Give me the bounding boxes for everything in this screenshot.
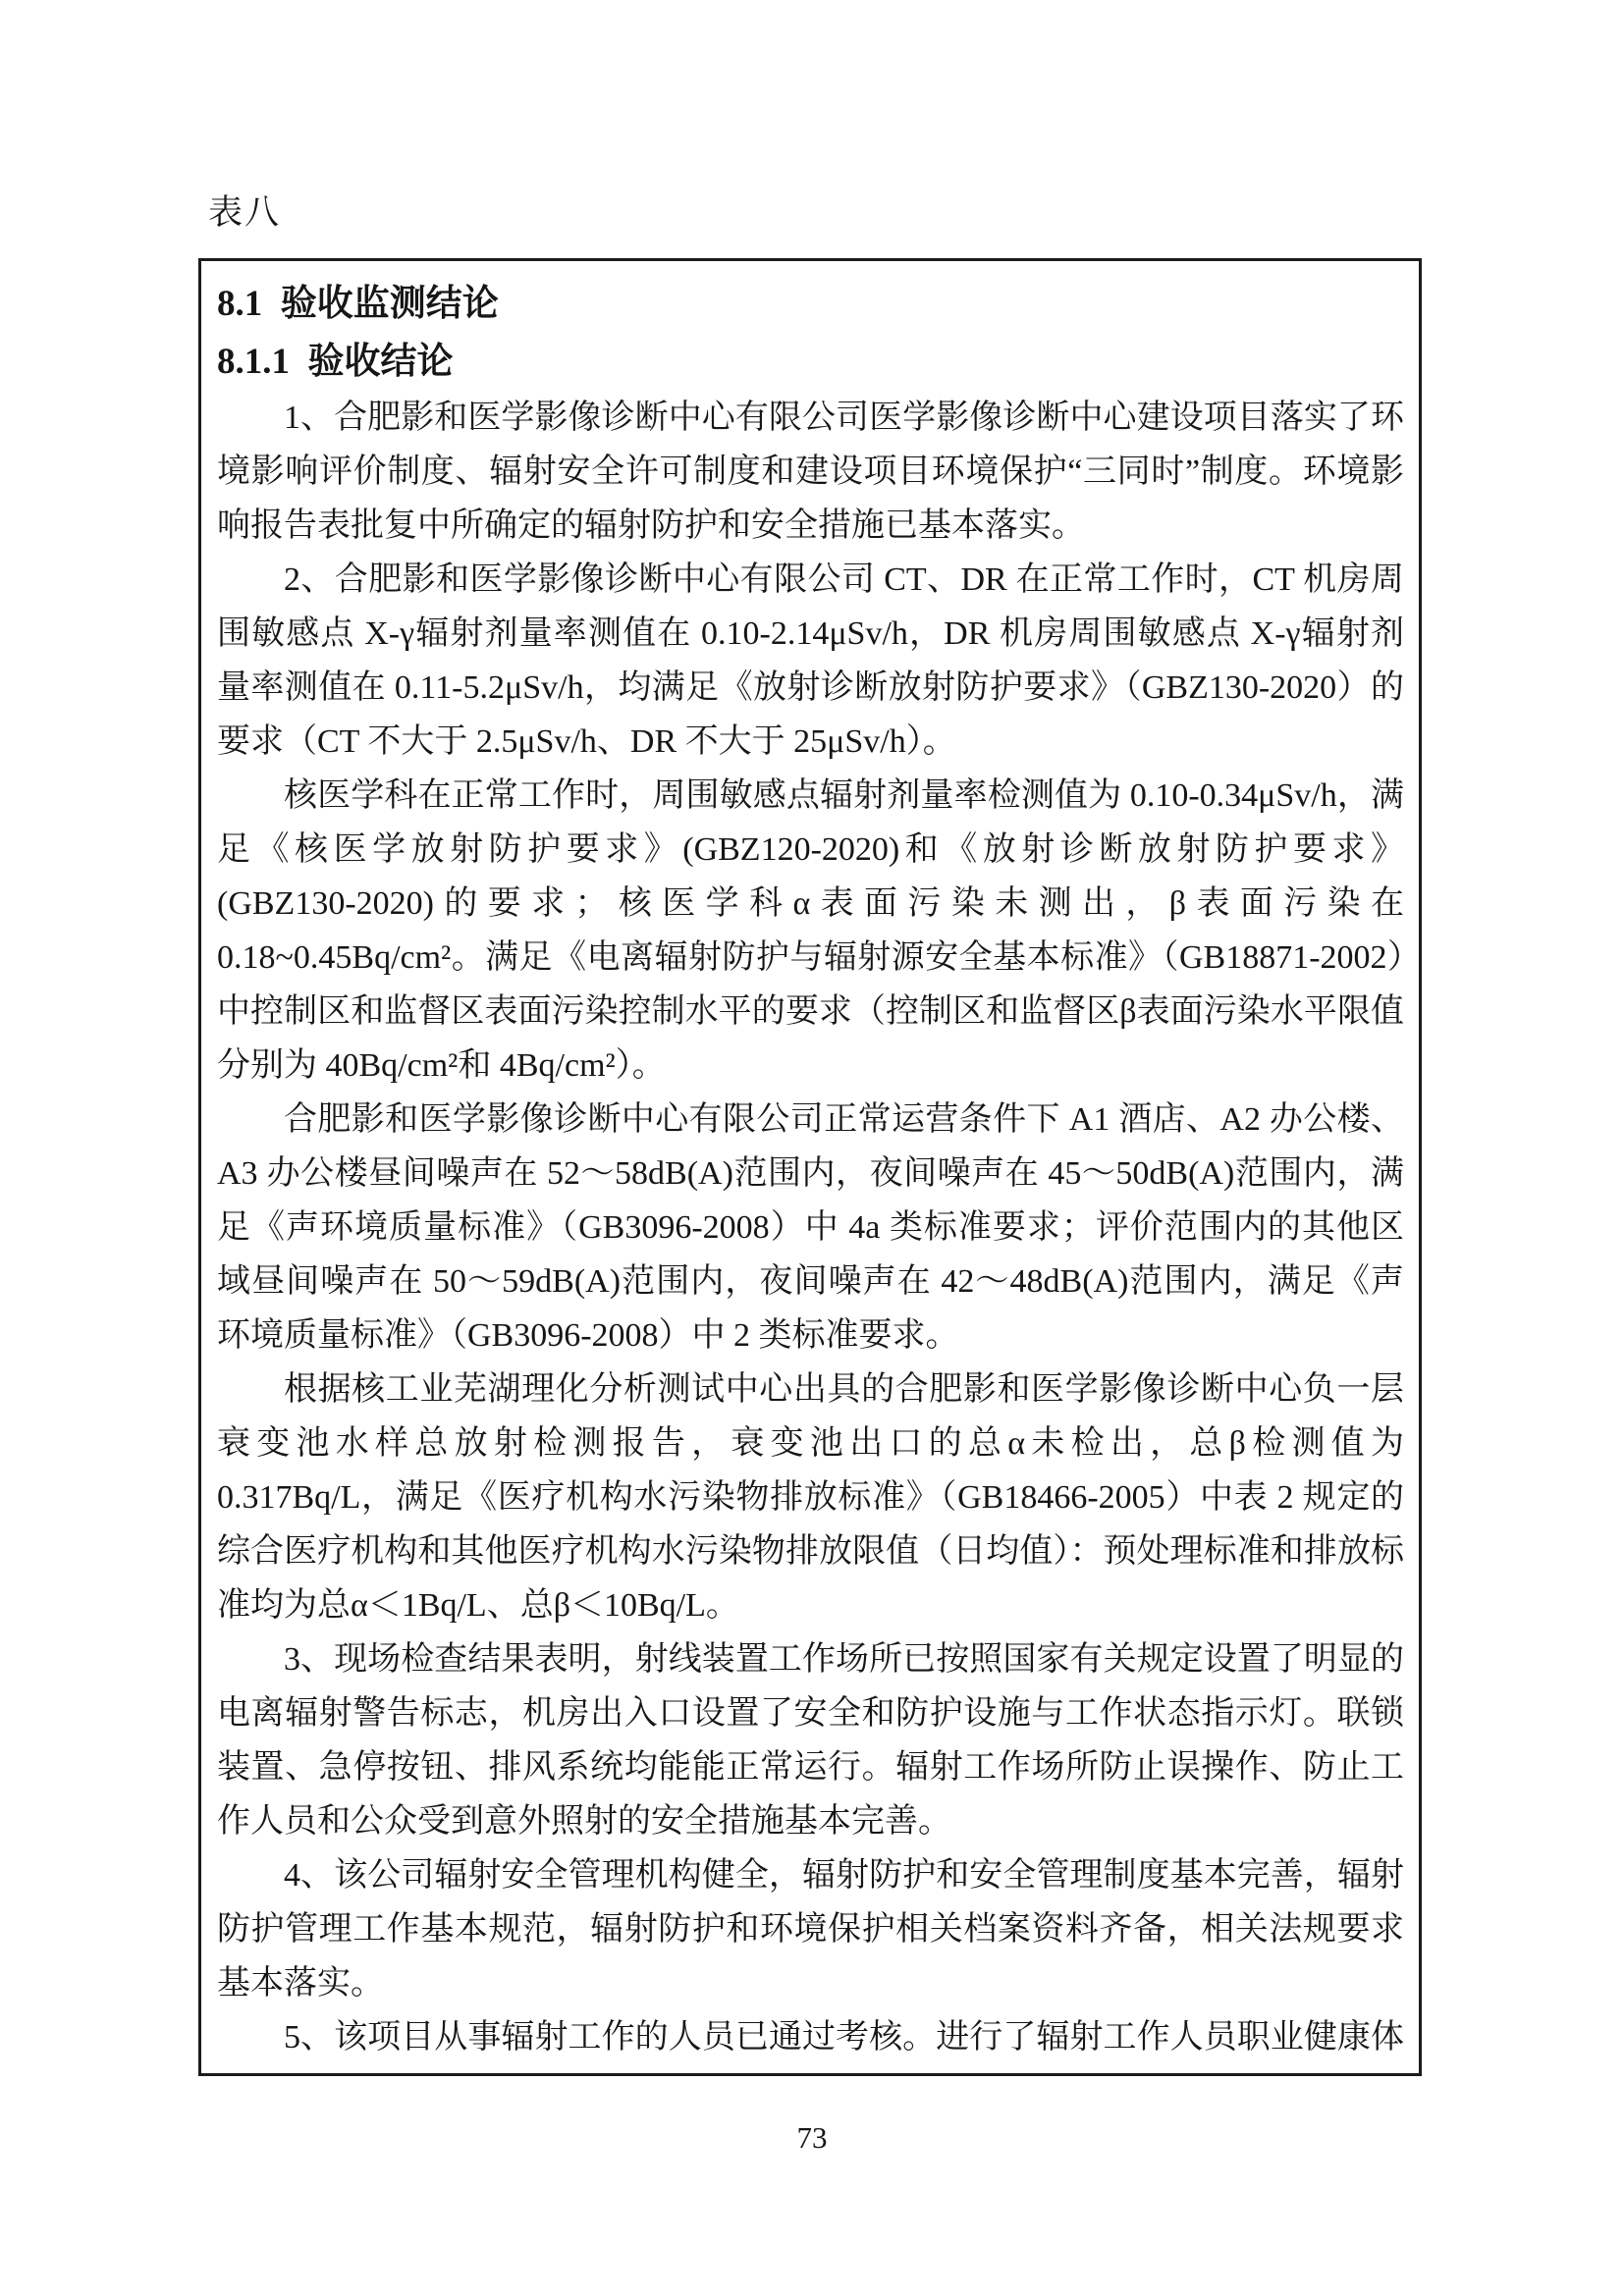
paragraph-noise: 合肥影和医学影像诊断中心有限公司正常运营条件下 A1 酒店、A2 办公楼、A3 … [217,1093,1404,1362]
paragraph-conclusion-4: 4、该公司辐射安全管理机构健全，辐射防护和安全管理制度基本完善，辐射防护管理工作… [217,1848,1404,2010]
paragraph-conclusion-5: 5、该项目从事辐射工作的人员已通过考核。进行了辐射工作人员职业健康体检，体检结果… [217,2010,1404,2076]
subsection-heading: 8.1.1 验收结论 [217,333,1404,391]
paragraph-conclusion-2: 2、合肥影和医学影像诊断中心有限公司 CT、DR 在正常工作时，CT 机房周围敏… [217,553,1404,769]
table-label: 表八 [208,192,281,234]
section-heading: 8.1 验收监测结论 [217,275,1404,333]
page-number: 73 [0,2120,1624,2156]
document-border-box: 8.1 验收监测结论 8.1.1 验收结论 1、合肥影和医学影像诊断中心有限公司… [198,258,1422,2076]
paragraph-wastewater: 根据核工业芜湖理化分析测试中心出具的合肥影和医学影像诊断中心负一层衰变池水样总放… [217,1362,1404,1632]
document-page: 表八 8.1 验收监测结论 8.1.1 验收结论 1、合肥影和医学影像诊断中心有… [0,0,1624,2296]
paragraph-conclusion-1: 1、合肥影和医学影像诊断中心有限公司医学影像诊断中心建设项目落实了环境影响评价制… [217,391,1404,553]
paragraph-conclusion-3: 3、现场检查结果表明，射线装置工作场所已按照国家有关规定设置了明显的电离辐射警告… [217,1632,1404,1848]
paragraph-nuclear-medicine: 核医学科在正常工作时，周围敏感点辐射剂量率检测值为 0.10-0.34μSv/h… [217,769,1404,1093]
